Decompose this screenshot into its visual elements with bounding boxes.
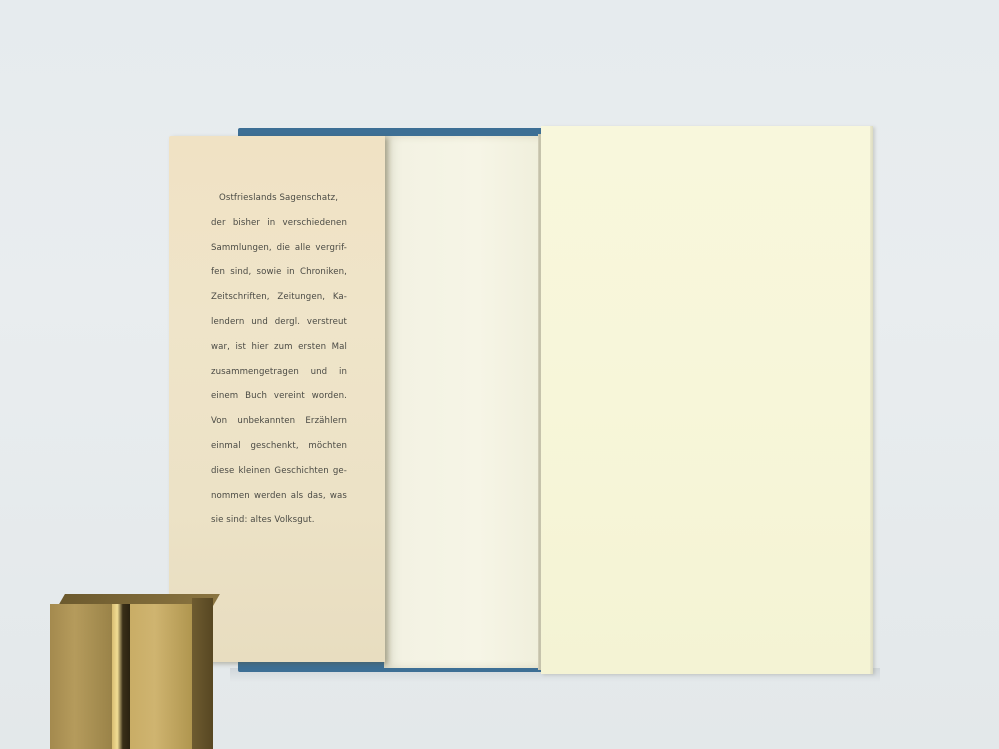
right-page [541, 126, 873, 674]
flap-line: nommen werden als das, was [211, 489, 347, 514]
dust-jacket-flap: Ostfrieslands Sagenschatz, der bisher in… [169, 136, 385, 662]
left-endpaper [384, 136, 540, 668]
bookend-left-block [50, 604, 112, 749]
page-edge [870, 126, 873, 674]
bookend-right-block [130, 604, 192, 749]
brass-bookend [50, 594, 213, 749]
flap-line: Von unbekannten Erzählern [211, 414, 347, 439]
flap-line: fen sind, sowie in Chroniken, [211, 265, 347, 290]
flap-line: zusammengetragen und in [211, 365, 347, 390]
flap-line: diese kleinen Geschichten ge- [211, 464, 347, 489]
flap-line: Zeitschriften, Zeitungen, Ka- [211, 290, 347, 315]
flap-line: der bisher in verschiedenen [211, 216, 347, 241]
flap-line: einem Buch vereint worden. [211, 389, 347, 414]
bookend-slot [112, 604, 130, 749]
flap-blurb: Ostfrieslands Sagenschatz, der bisher in… [211, 191, 347, 538]
photo-scene: Ostfrieslands Sagenschatz, der bisher in… [0, 0, 999, 749]
flap-line: war, ist hier zum ersten Mal [211, 340, 347, 365]
flap-line: Ostfrieslands Sagenschatz, [211, 191, 347, 216]
flap-line: sie sind: altes Volksgut. [211, 513, 347, 538]
flap-line: einmal geschenkt, möchten [211, 439, 347, 464]
flap-line: Sammlungen, die alle vergrif- [211, 241, 347, 266]
bookend-side-face [192, 598, 213, 749]
flap-line: lendern und dergl. verstreut [211, 315, 347, 340]
